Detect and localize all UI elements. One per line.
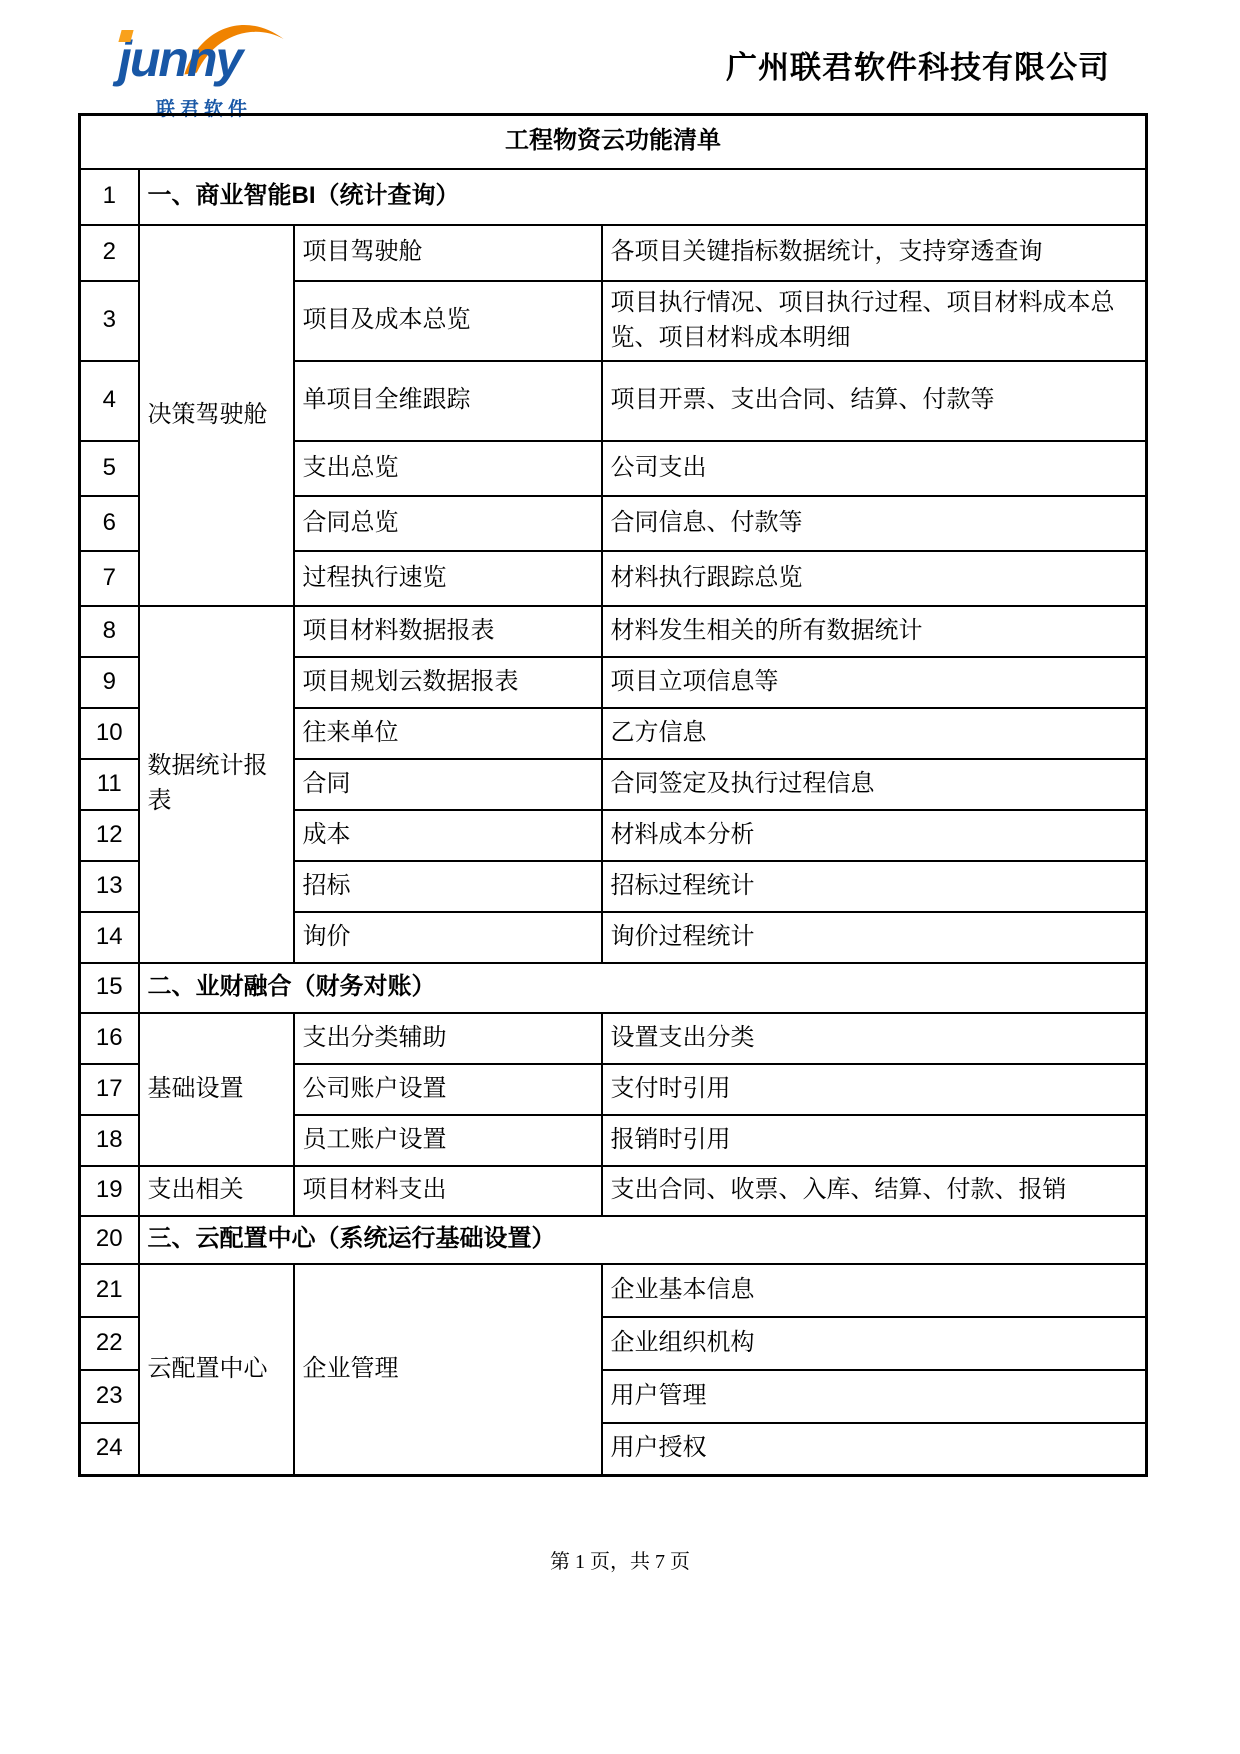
logo-brand-text: junny: [118, 31, 241, 87]
page-indicator: 第 1 页，共 7 页: [0, 1545, 1240, 1574]
row-number: 1: [80, 169, 139, 225]
table-row: 21 云配置中心 企业管理 企业基本信息: [80, 1264, 1147, 1317]
row-number: 13: [80, 861, 139, 912]
table-row: 1 一、商业智能BI（统计查询）: [80, 169, 1147, 225]
feature-cell: 项目材料支出: [294, 1166, 602, 1216]
row-number: 12: [80, 810, 139, 861]
row-number: 17: [80, 1064, 139, 1115]
row-number: 23: [80, 1370, 139, 1423]
feature-cell: 过程执行速览: [294, 551, 602, 606]
table-row: 20 三、云配置中心（系统运行基础设置）: [80, 1216, 1147, 1264]
row-number: 20: [80, 1216, 139, 1264]
row-number: 21: [80, 1264, 139, 1317]
row-number: 11: [80, 759, 139, 810]
description-cell: 材料发生相关的所有数据统计: [602, 606, 1147, 657]
category-cell: 云配置中心: [139, 1264, 294, 1476]
feature-cell: 询价: [294, 912, 602, 963]
description-cell: 项目开票、支出合同、结算、付款等: [602, 361, 1147, 441]
category-cell: 决策驾驶舱: [139, 225, 294, 606]
feature-cell: 员工账户设置: [294, 1115, 602, 1166]
description-cell: 设置支出分类: [602, 1013, 1147, 1064]
row-number: 19: [80, 1166, 139, 1216]
row-number: 10: [80, 708, 139, 759]
description-cell: 询价过程统计: [602, 912, 1147, 963]
feature-cell: 支出分类辅助: [294, 1013, 602, 1064]
feature-cell: 企业管理: [294, 1264, 602, 1476]
description-cell: 企业基本信息: [602, 1264, 1147, 1317]
description-cell: 乙方信息: [602, 708, 1147, 759]
row-number: 9: [80, 657, 139, 708]
description-cell: 项目执行情况、项目执行过程、项目材料成本总览、项目材料成本明细: [602, 281, 1147, 361]
section-title: 三、云配置中心（系统运行基础设置）: [139, 1216, 1147, 1264]
row-number: 2: [80, 225, 139, 281]
feature-cell: 合同总览: [294, 496, 602, 551]
feature-cell: 项目驾驶舱: [294, 225, 602, 281]
feature-cell: 往来单位: [294, 708, 602, 759]
description-cell: 公司支出: [602, 441, 1147, 496]
description-cell: 材料执行跟踪总览: [602, 551, 1147, 606]
description-cell: 各项目关键指标数据统计，支持穿透查询: [602, 225, 1147, 281]
table-title: 工程物资云功能清单: [80, 115, 1147, 169]
feature-cell: 项目材料数据报表: [294, 606, 602, 657]
category-cell: 支出相关: [139, 1166, 294, 1216]
row-number: 16: [80, 1013, 139, 1064]
description-cell: 材料成本分析: [602, 810, 1147, 861]
row-number: 22: [80, 1317, 139, 1370]
feature-list-table: 工程物资云功能清单 1 一、商业智能BI（统计查询） 2 决策驾驶舱 项目驾驶舱…: [78, 113, 1148, 1477]
description-cell: 合同签定及执行过程信息: [602, 759, 1147, 810]
description-cell: 用户授权: [602, 1423, 1147, 1476]
logo-mark: junny: [118, 34, 338, 92]
document-page: junny 联君软件 广州联君软件科技有限公司 工程物资云功能清单 1 一、商业…: [0, 0, 1240, 1754]
category-cell: 基础设置: [139, 1013, 294, 1166]
feature-cell: 项目规划云数据报表: [294, 657, 602, 708]
table-title-row: 工程物资云功能清单: [80, 115, 1147, 169]
feature-cell: 公司账户设置: [294, 1064, 602, 1115]
junny-logo: junny 联君软件: [118, 34, 338, 121]
description-cell: 项目立项信息等: [602, 657, 1147, 708]
feature-cell: 项目及成本总览: [294, 281, 602, 361]
row-number: 3: [80, 281, 139, 361]
row-number: 15: [80, 963, 139, 1013]
company-name: 广州联君软件科技有限公司: [726, 42, 1110, 87]
description-cell: 支付时引用: [602, 1064, 1147, 1115]
feature-cell: 成本: [294, 810, 602, 861]
row-number: 18: [80, 1115, 139, 1166]
description-cell: 合同信息、付款等: [602, 496, 1147, 551]
row-number: 14: [80, 912, 139, 963]
table-row: 8 数据统计报表 项目材料数据报表 材料发生相关的所有数据统计: [80, 606, 1147, 657]
feature-cell: 支出总览: [294, 441, 602, 496]
table-row: 16 基础设置 支出分类辅助 设置支出分类: [80, 1013, 1147, 1064]
description-cell: 报销时引用: [602, 1115, 1147, 1166]
description-cell: 支出合同、收票、入库、结算、付款、报销: [602, 1166, 1147, 1216]
row-number: 4: [80, 361, 139, 441]
row-number: 7: [80, 551, 139, 606]
row-number: 8: [80, 606, 139, 657]
feature-cell: 招标: [294, 861, 602, 912]
feature-cell: 合同: [294, 759, 602, 810]
row-number: 24: [80, 1423, 139, 1476]
description-cell: 用户管理: [602, 1370, 1147, 1423]
section-title: 一、商业智能BI（统计查询）: [139, 169, 1147, 225]
description-cell: 招标过程统计: [602, 861, 1147, 912]
category-cell: 数据统计报表: [139, 606, 294, 963]
table-row: 19 支出相关 项目材料支出 支出合同、收票、入库、结算、付款、报销: [80, 1166, 1147, 1216]
description-cell: 企业组织机构: [602, 1317, 1147, 1370]
table-row: 2 决策驾驶舱 项目驾驶舱 各项目关键指标数据统计，支持穿透查询: [80, 225, 1147, 281]
table-row: 15 二、业财融合（财务对账）: [80, 963, 1147, 1013]
section-title: 二、业财融合（财务对账）: [139, 963, 1147, 1013]
feature-cell: 单项目全维跟踪: [294, 361, 602, 441]
row-number: 6: [80, 496, 139, 551]
row-number: 5: [80, 441, 139, 496]
